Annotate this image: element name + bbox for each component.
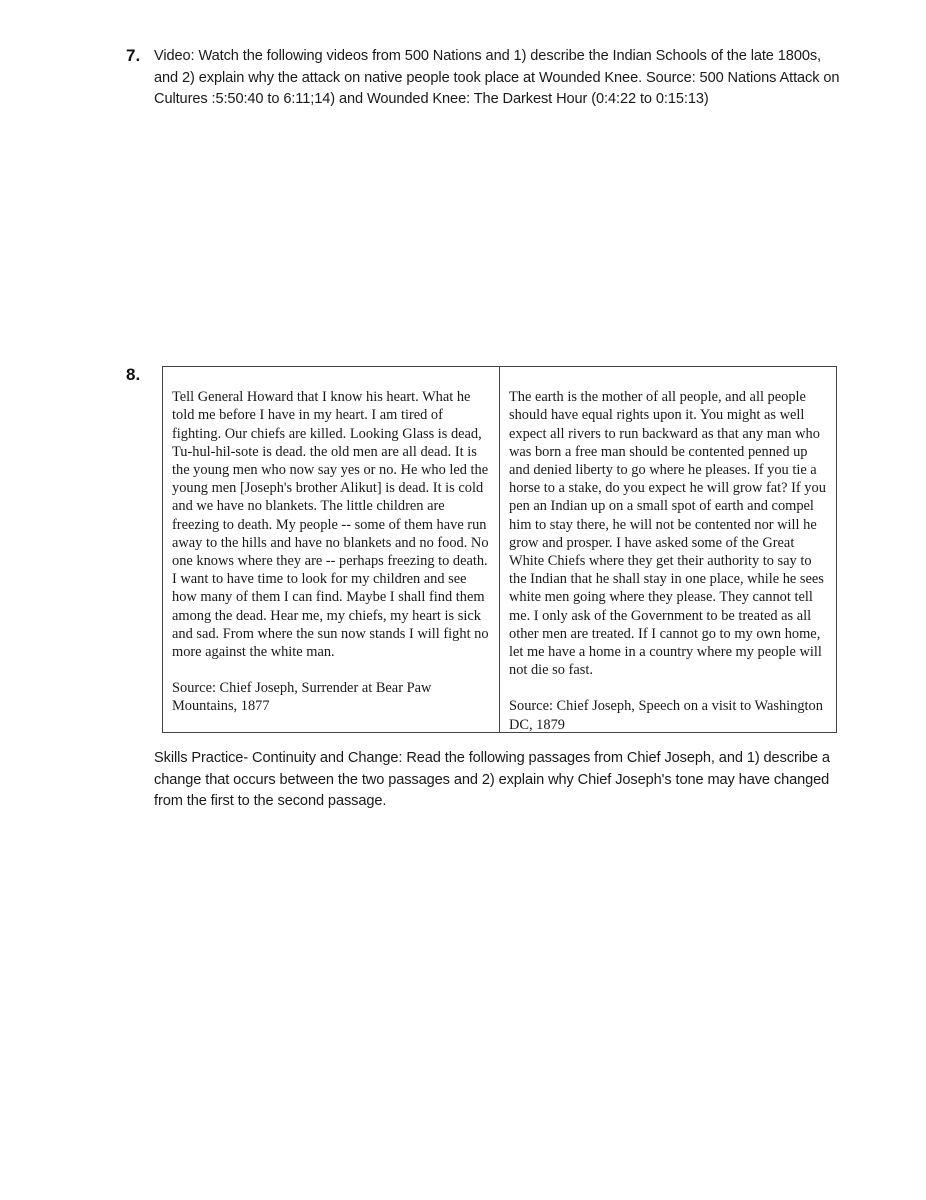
question-7-number: 7. — [126, 46, 140, 66]
question-7-prompt: Video: Watch the following videos from 5… — [154, 46, 844, 111]
passage-table: Tell General Howard that I know his hear… — [162, 366, 837, 733]
passage-1879-text: The earth is the mother of all people, a… — [509, 389, 826, 678]
question-8-number: 8. — [126, 365, 140, 385]
passage-1877-source: Source: Chief Joseph, Surrender at Bear … — [172, 679, 491, 715]
passage-1877: Tell General Howard that I know his hear… — [163, 367, 500, 732]
passage-1879-source: Source: Chief Joseph, Speech on a visit … — [509, 697, 828, 733]
passage-1877-text: Tell General Howard that I know his hear… — [172, 389, 489, 660]
question-8-prompt: Skills Practice- Continuity and Change: … — [154, 748, 844, 813]
passage-1879: The earth is the mother of all people, a… — [500, 367, 836, 732]
